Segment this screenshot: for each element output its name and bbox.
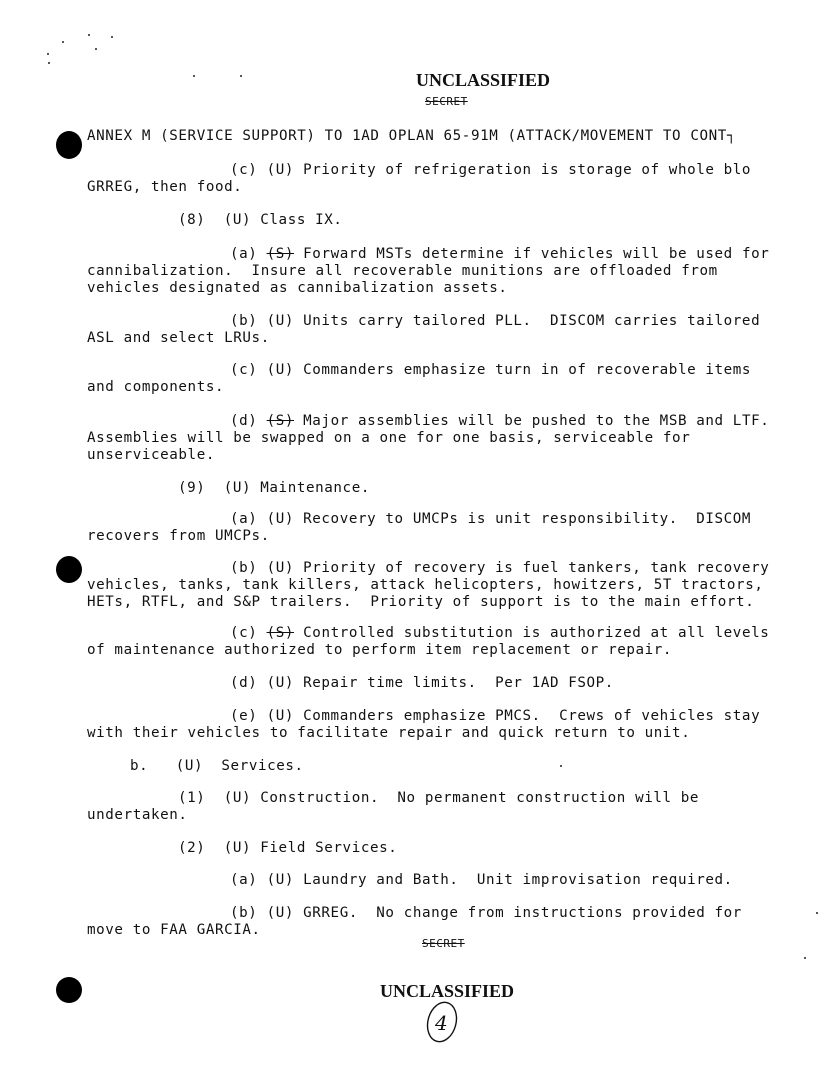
paragraph-label: (d) <box>230 413 267 429</box>
struck-classification: (S) <box>267 625 294 641</box>
scan-speck <box>111 36 113 38</box>
document-line: GRREG, then food. <box>87 179 242 196</box>
scan-speck <box>804 957 806 959</box>
document-line: (b) (U) Units carry tailored PLL. DISCOM… <box>230 313 760 330</box>
document-line: (b) (U) Priority of recovery is fuel tan… <box>230 560 769 577</box>
scan-speck <box>240 75 242 77</box>
scan-speck <box>47 53 49 55</box>
document-line: (a) (S) Forward MSTs determine if vehicl… <box>230 246 769 263</box>
paragraph-label: (c) <box>230 625 267 641</box>
document-line: (2) (U) Field Services. <box>178 840 397 857</box>
scan-speck <box>48 62 50 64</box>
document-line: unserviceable. <box>87 447 215 464</box>
scan-speck <box>88 34 90 36</box>
secret-marking-bottom: SECRET <box>422 937 465 950</box>
document-line: HETs, RTFL, and S&P trailers. Priority o… <box>87 594 754 611</box>
secret-marking-top: SECRET <box>425 95 468 108</box>
scan-speck <box>560 765 562 767</box>
document-line: (e) (U) Commanders emphasize PMCS. Crews… <box>230 708 760 725</box>
document-line: of maintenance authorized to perform ite… <box>87 642 672 659</box>
circled-page-number-icon: 4 <box>420 1000 464 1048</box>
line-text: Major assemblies will be pushed to the M… <box>294 413 769 429</box>
scan-speck <box>95 48 97 50</box>
scan-speck <box>62 41 64 43</box>
document-line: ASL and select LRUs. <box>87 330 270 347</box>
document-line: recovers from UMCPs. <box>87 528 270 545</box>
struck-classification: (S) <box>267 413 294 429</box>
document-line: undertaken. <box>87 807 188 824</box>
document-line: (8) (U) Class IX. <box>178 212 343 229</box>
scan-speck <box>193 75 195 77</box>
document-line: vehicles, tanks, tank killers, attack he… <box>87 577 763 594</box>
line-text: Forward MSTs determine if vehicles will … <box>294 246 769 262</box>
document-line: (c) (U) Priority of refrigeration is sto… <box>230 162 751 179</box>
document-page: UNCLASSIFIED SECRET ANNEX M (SERVICE SUP… <box>0 0 840 1088</box>
document-line: (c) (S) Controlled substitution is autho… <box>230 625 769 642</box>
document-line: (d) (S) Major assemblies will be pushed … <box>230 413 769 430</box>
document-line: move to FAA GARCIA. <box>87 922 261 939</box>
document-line: (1) (U) Construction. No permanent const… <box>178 790 699 807</box>
document-line: (d) (U) Repair time limits. Per 1AD FSOP… <box>230 675 614 692</box>
document-line: (9) (U) Maintenance. <box>178 480 370 497</box>
annex-header: ANNEX M (SERVICE SUPPORT) TO 1AD OPLAN 6… <box>87 128 736 145</box>
paragraph-label: (a) <box>230 246 267 262</box>
classification-marking-top: UNCLASSIFIED <box>333 70 633 91</box>
page-number-handwritten: 4 <box>420 1000 464 1048</box>
punch-hole-icon <box>56 977 82 1003</box>
document-line: (a) (U) Laundry and Bath. Unit improvisa… <box>230 872 733 889</box>
svg-text:4: 4 <box>434 1011 448 1035</box>
punch-hole-icon <box>56 131 82 159</box>
line-text: Controlled substitution is authorized at… <box>294 625 769 641</box>
punch-hole-icon <box>56 556 82 583</box>
scan-speck <box>816 912 818 914</box>
struck-classification: (S) <box>267 246 294 262</box>
document-line: and components. <box>87 379 224 396</box>
classification-marking-bottom: UNCLASSIFIED <box>297 981 597 1002</box>
document-line: vehicles designated as cannibalization a… <box>87 280 508 297</box>
document-line: b. (U) Services. <box>130 758 304 775</box>
document-line: Assemblies will be swapped on a one for … <box>87 430 690 447</box>
document-line: cannibalization. Insure all recoverable … <box>87 263 718 280</box>
document-line: (b) (U) GRREG. No change from instructio… <box>230 905 742 922</box>
document-line: (c) (U) Commanders emphasize turn in of … <box>230 362 751 379</box>
document-line: (a) (U) Recovery to UMCPs is unit respon… <box>230 511 751 528</box>
document-line: with their vehicles to facilitate repair… <box>87 725 690 742</box>
